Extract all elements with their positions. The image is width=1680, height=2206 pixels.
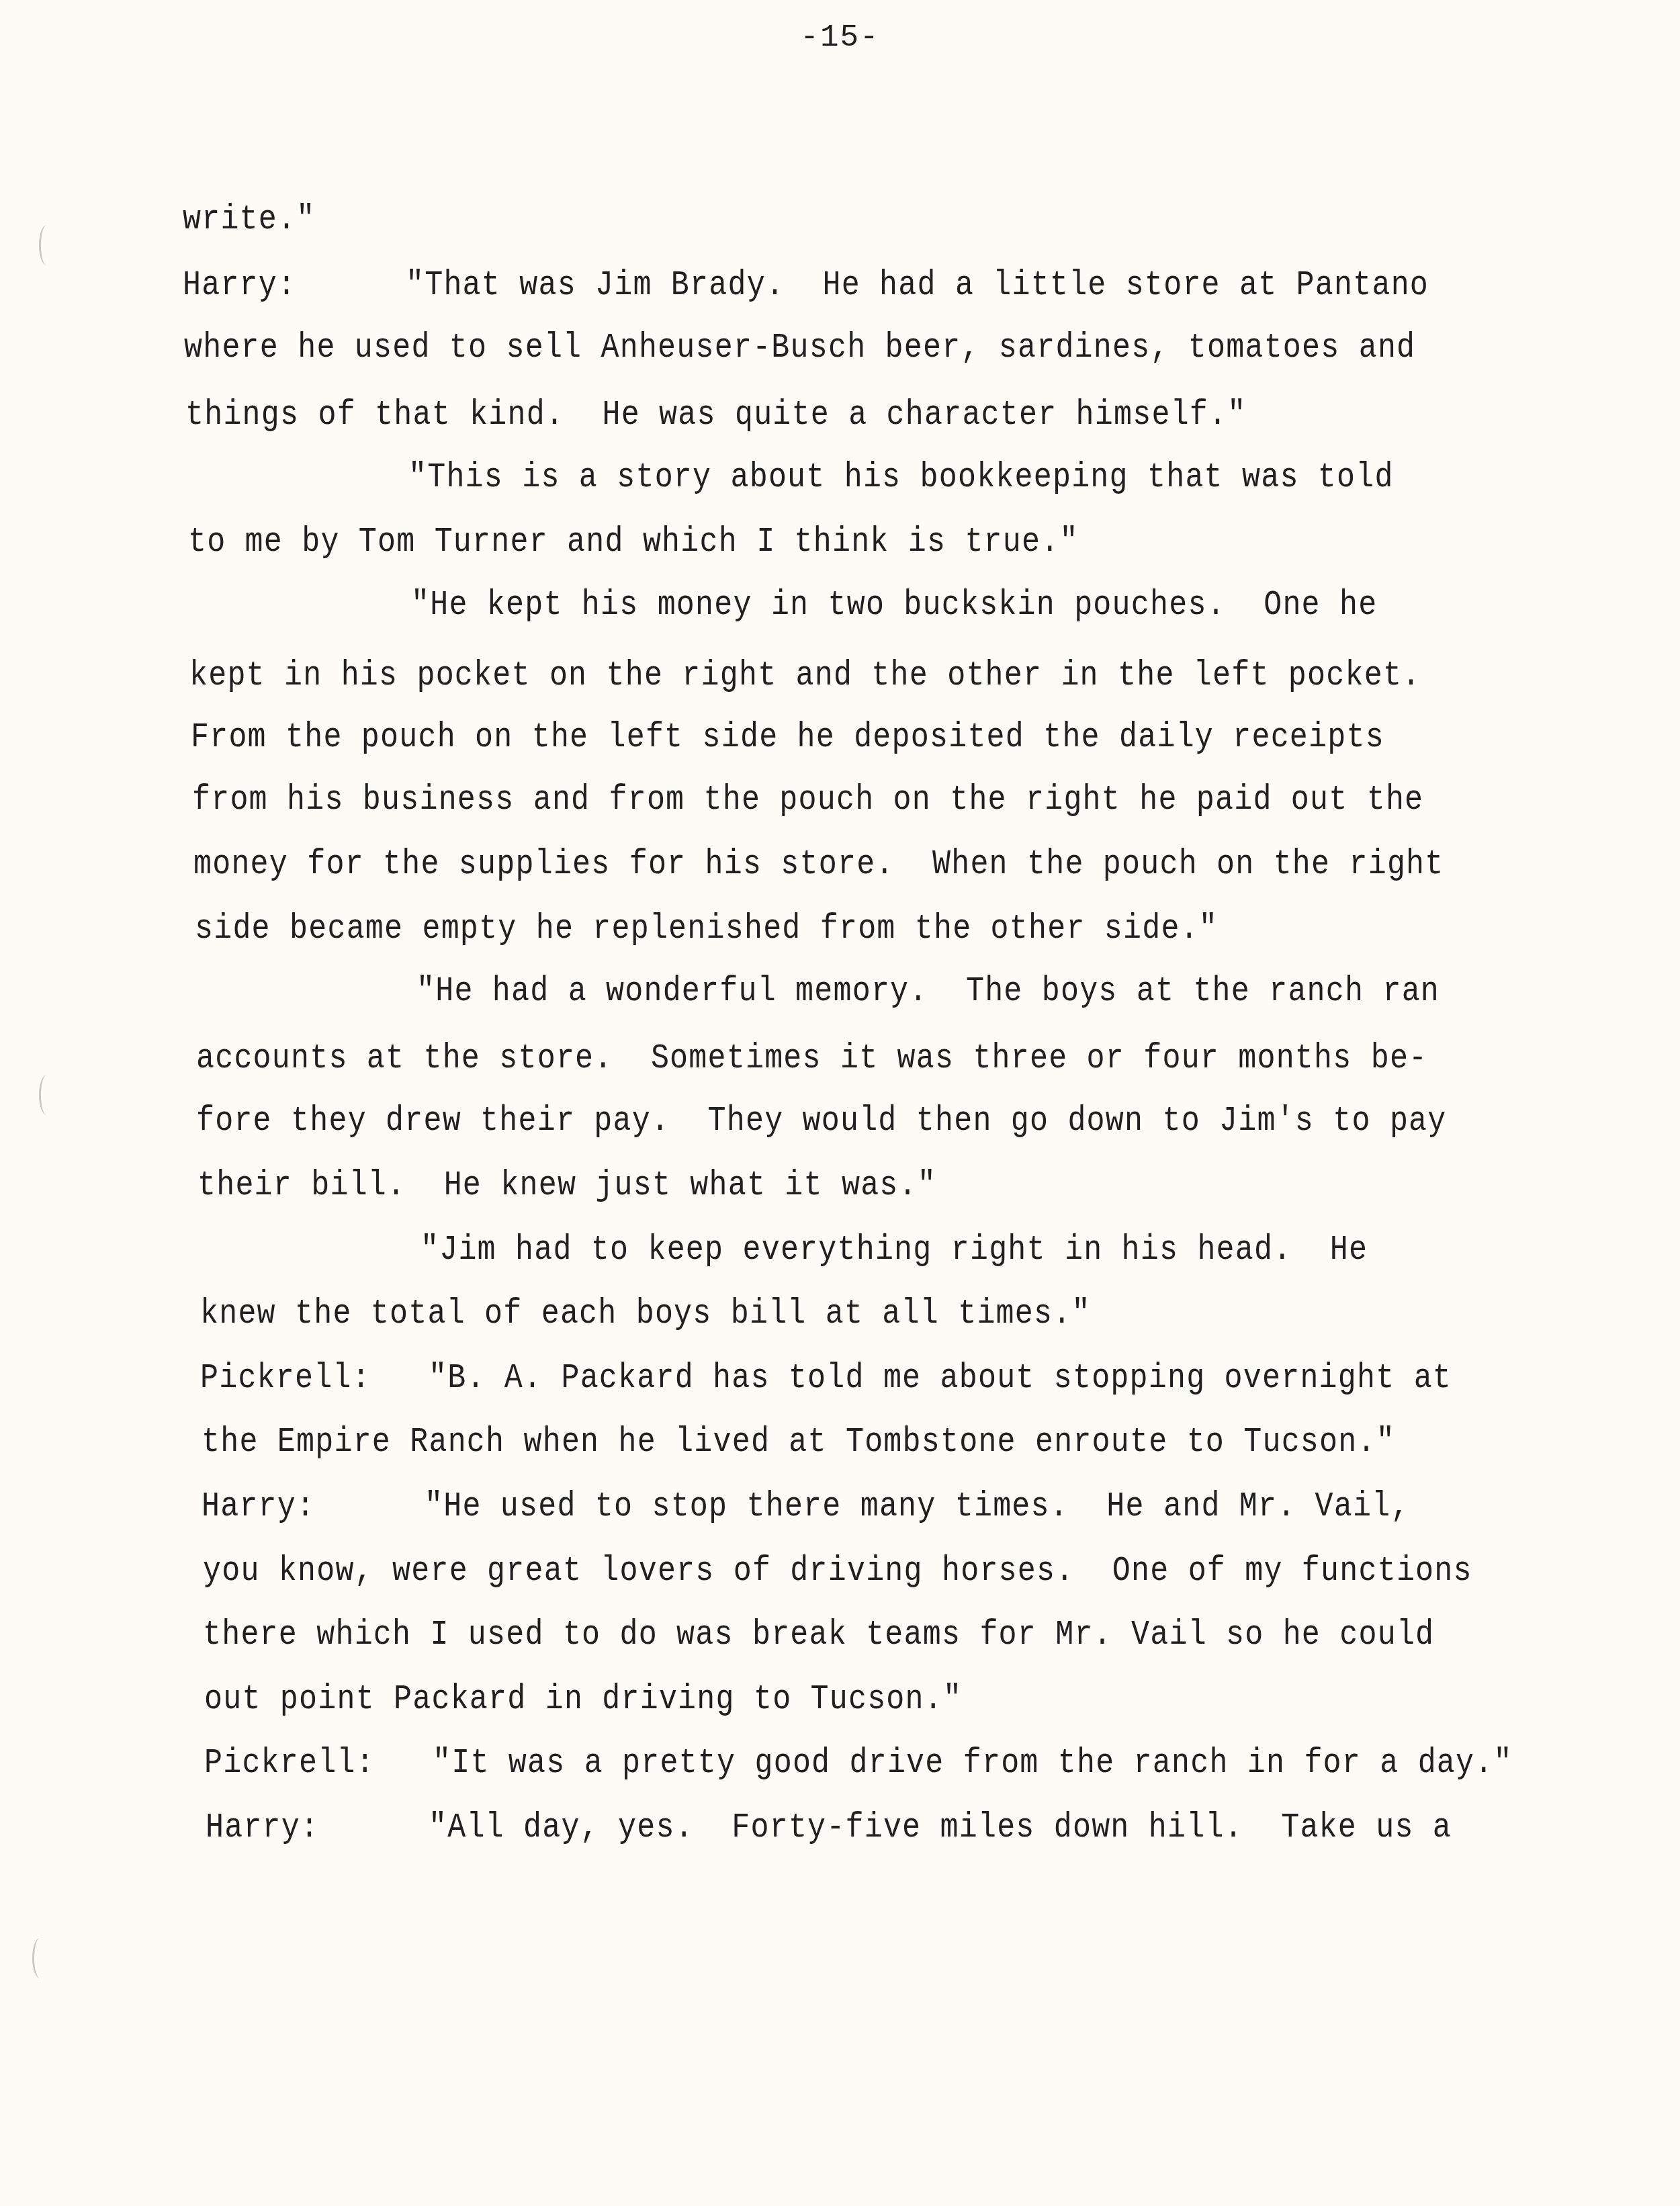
transcript-line: Harry:"All day, yes. Forty-five miles do…	[206, 1808, 1452, 1847]
transcript-line: knew the total of each boys bill at all …	[200, 1294, 1091, 1334]
page-number: -15-	[0, 20, 1680, 55]
transcript-line: their bill. He knew just what it was."	[197, 1165, 936, 1205]
speaker-label: Harry:	[206, 1808, 429, 1847]
line-text: fore they drew their pay. They would the…	[196, 1102, 1447, 1141]
line-text: the Empire Ranch when he lived at Tombst…	[202, 1423, 1395, 1462]
transcript-line: side became empty he replenished from th…	[195, 909, 1218, 948]
transcript-line: "He kept his money in two buckskin pouch…	[189, 585, 1377, 625]
line-text: side became empty he replenished from th…	[195, 909, 1218, 948]
transcript-line: Pickrell:"B. A. Packard has told me abou…	[200, 1358, 1452, 1398]
binder-hole-mark-bottom	[32, 1938, 48, 1978]
speaker-label: Harry:	[202, 1487, 425, 1526]
binder-hole-mark-top	[39, 225, 54, 265]
transcript-line: Pickrell:"It was a pretty good drive fro…	[204, 1744, 1513, 1783]
transcript-line: from his business and from the pouch on …	[192, 781, 1423, 820]
transcript-line: Harry:"He used to stop there many times.…	[202, 1487, 1410, 1526]
transcript-line: Harry:"That was Jim Brady. He had a litt…	[183, 265, 1429, 305]
transcript-line: From the pouch on the left side he depos…	[191, 717, 1384, 757]
transcript-line: "This is a story about his bookkeeping t…	[187, 458, 1394, 498]
typewritten-page: -15- write."Harry:"That was Jim Brady. H…	[0, 0, 1680, 2206]
line-text: money for the supplies for his store. Wh…	[193, 844, 1444, 884]
transcript-line: things of that kind. He was quite a char…	[185, 395, 1246, 435]
line-text: to me by Tom Turner and which I think is…	[188, 522, 1079, 562]
speaker-label: Pickrell:	[204, 1744, 433, 1783]
line-text: "He had a wonderful memory. The boys at …	[416, 972, 1440, 1012]
line-text: "This is a story about his bookkeeping t…	[408, 458, 1394, 498]
transcript-line: "Jim had to keep everything right in his…	[199, 1230, 1368, 1270]
speaker-label: Harry:	[183, 265, 406, 305]
transcript-line: out point Packard in driving to Tucson."	[204, 1679, 962, 1719]
transcript-line: the Empire Ranch when he lived at Tombst…	[202, 1423, 1395, 1462]
transcript-line: kept in his pocket on the right and the …	[189, 656, 1421, 696]
line-text: "Jim had to keep everything right in his…	[421, 1230, 1368, 1270]
binder-hole-mark-middle	[39, 1075, 54, 1115]
line-text: From the pouch on the left side he depos…	[191, 717, 1384, 757]
line-text: "It was a pretty good drive from the ran…	[433, 1744, 1513, 1783]
line-text: from his business and from the pouch on …	[192, 781, 1423, 820]
line-text: "He kept his money in two buckskin pouch…	[411, 585, 1377, 625]
transcript-line: write."	[183, 200, 315, 239]
line-text: their bill. He knew just what it was."	[197, 1165, 936, 1205]
line-text: things of that kind. He was quite a char…	[185, 395, 1246, 435]
line-text: where he used to sell Anheuser-Busch bee…	[184, 328, 1415, 368]
transcript-line: to me by Tom Turner and which I think is…	[188, 522, 1079, 562]
line-text: "B. A. Packard has told me about stoppin…	[429, 1358, 1452, 1398]
line-text: knew the total of each boys bill at all …	[200, 1294, 1091, 1334]
transcript-line: fore they drew their pay. They would the…	[196, 1102, 1447, 1141]
line-text: "He used to stop there many times. He an…	[425, 1487, 1410, 1526]
line-text: you know, were great lovers of driving h…	[203, 1551, 1472, 1591]
transcript-line: you know, were great lovers of driving h…	[203, 1551, 1472, 1591]
line-text: write."	[183, 200, 315, 239]
transcript-line: "He had a wonderful memory. The boys at …	[195, 972, 1440, 1012]
speaker-label: Pickrell:	[200, 1358, 429, 1398]
line-text: kept in his pocket on the right and the …	[189, 656, 1421, 696]
transcript-line: accounts at the store. Sometimes it was …	[196, 1039, 1427, 1078]
line-text: "That was Jim Brady. He had a little sto…	[406, 265, 1429, 305]
line-text: out point Packard in driving to Tucson."	[204, 1679, 962, 1719]
transcript-line: there which I used to do was break teams…	[203, 1616, 1434, 1655]
line-text: accounts at the store. Sometimes it was …	[196, 1039, 1427, 1078]
transcript-line: where he used to sell Anheuser-Busch bee…	[184, 328, 1415, 368]
line-text: "All day, yes. Forty-five miles down hil…	[429, 1808, 1452, 1847]
transcript-line: money for the supplies for his store. Wh…	[193, 844, 1444, 884]
line-text: there which I used to do was break teams…	[203, 1616, 1434, 1655]
